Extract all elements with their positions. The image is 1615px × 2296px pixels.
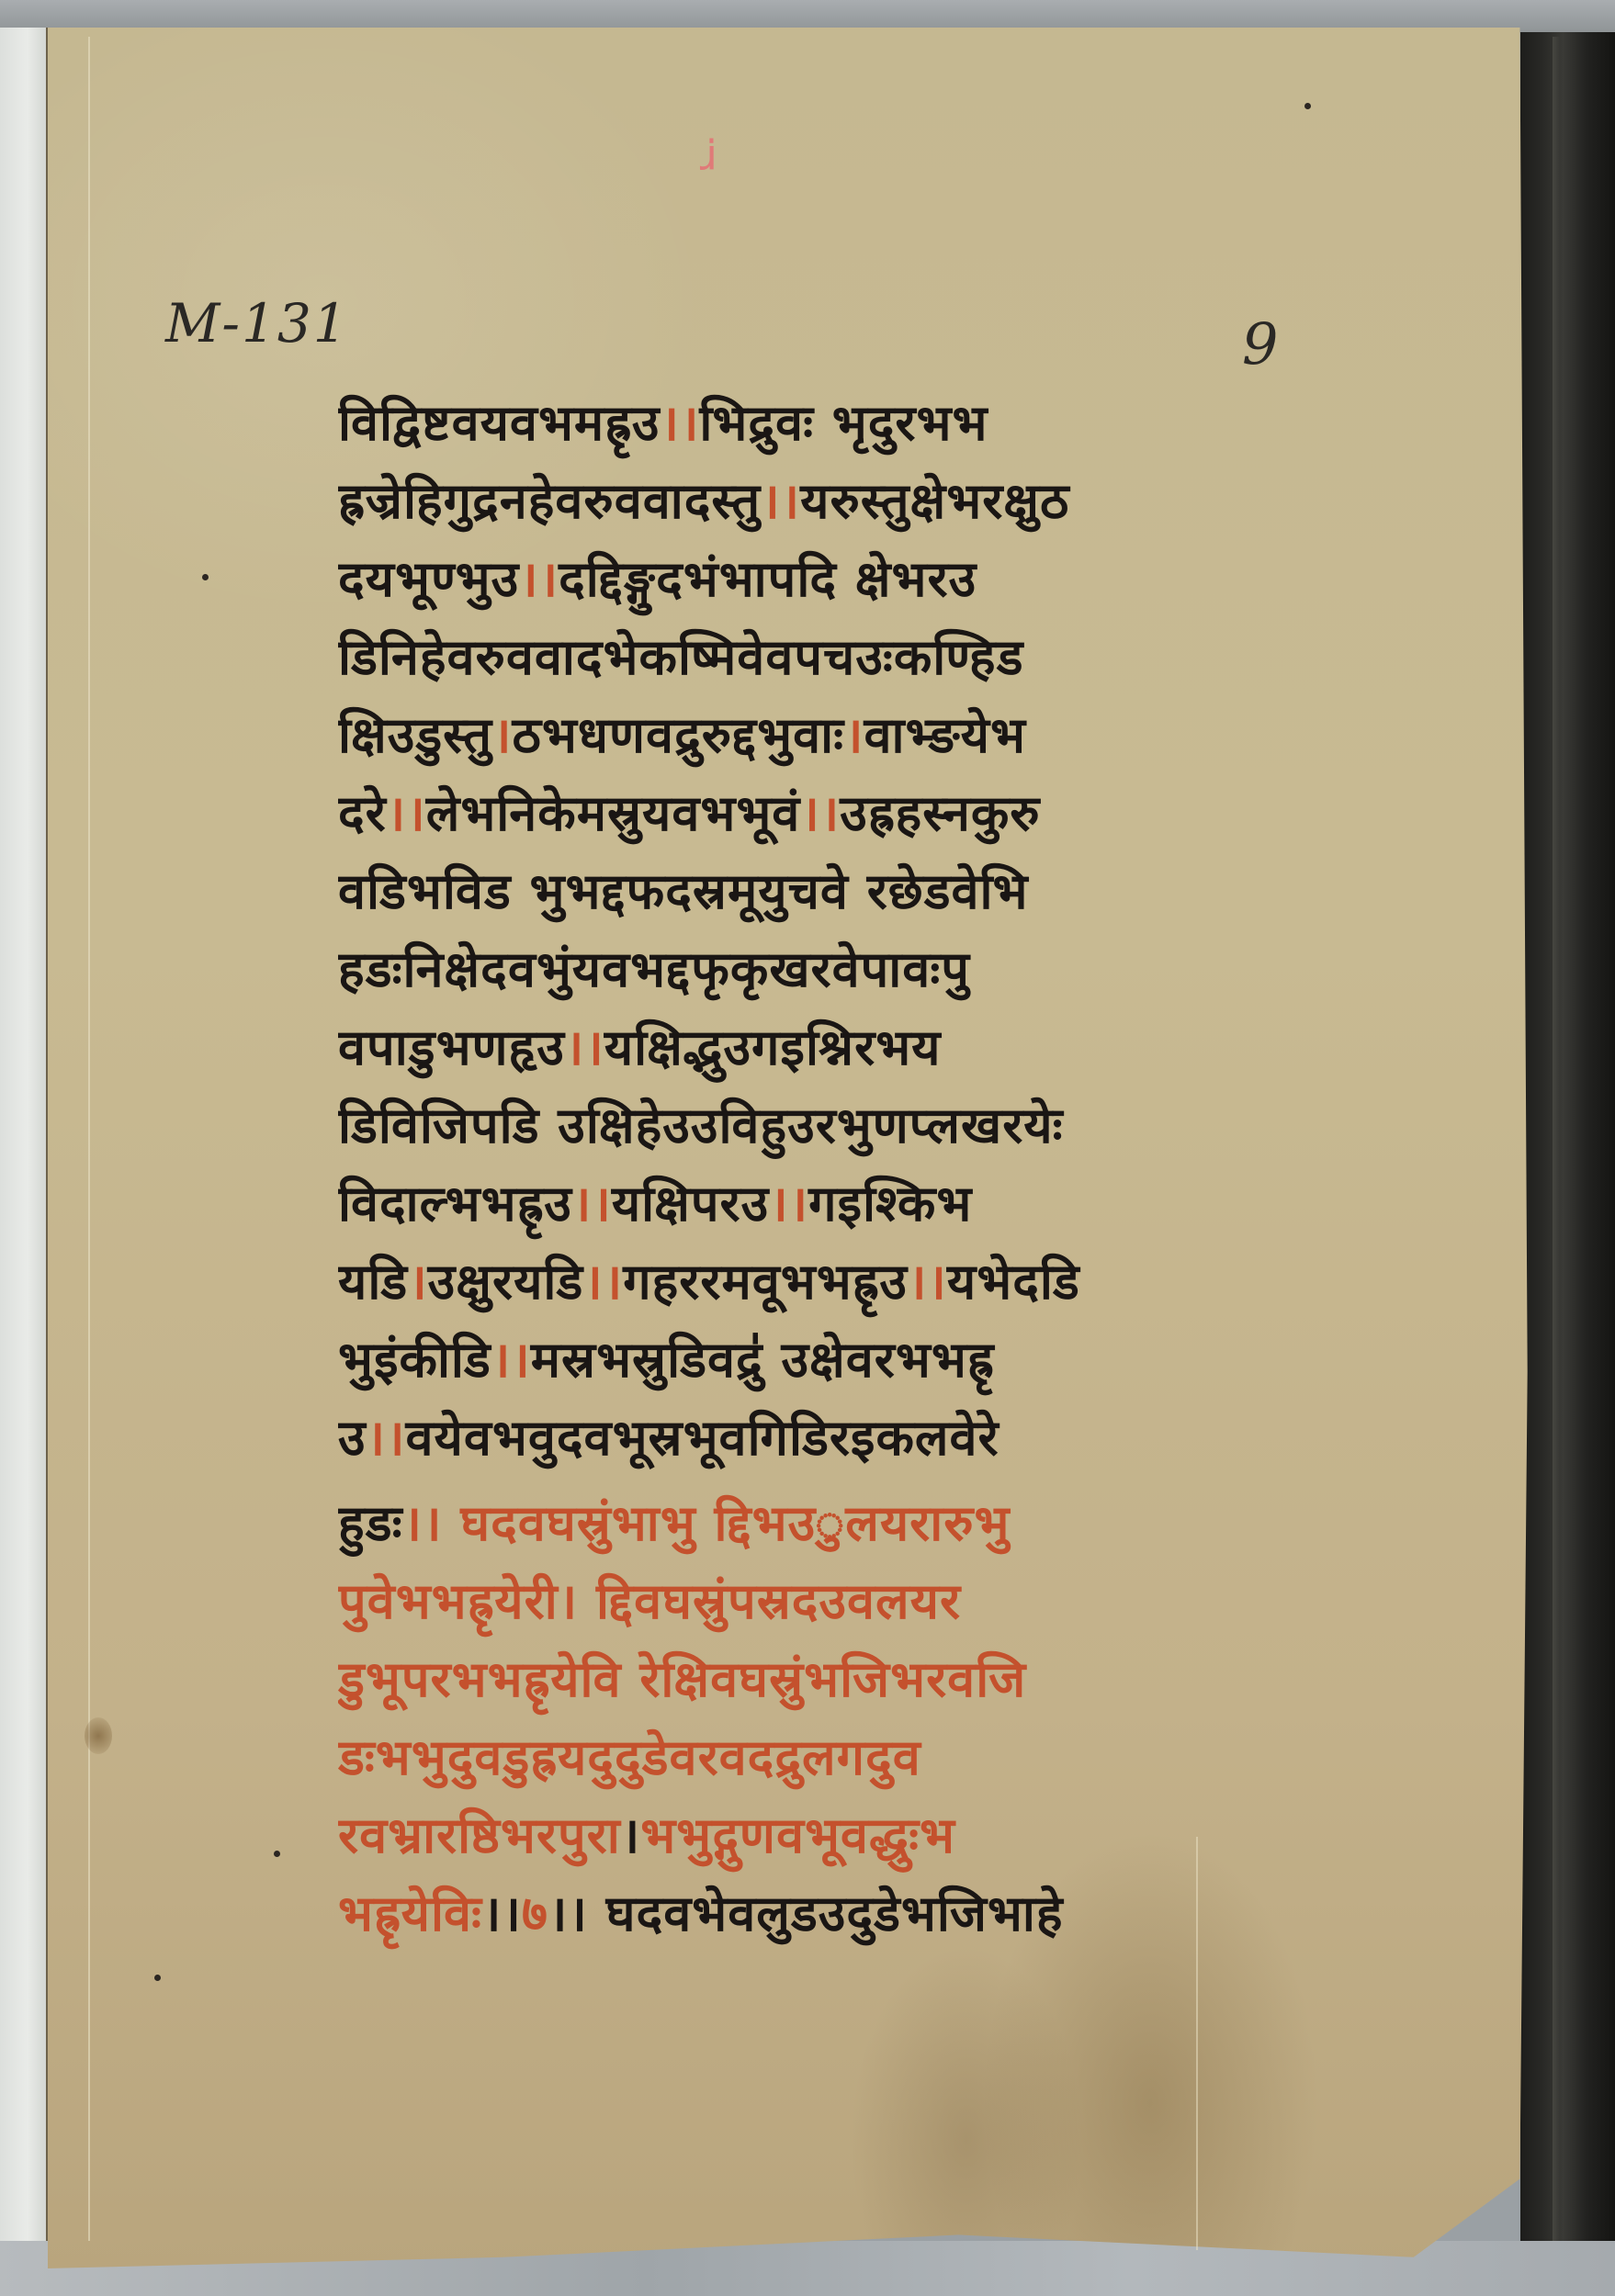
rubricated-text: पुवेभभह्रृयेरी। द्दिवघस्रुंपस्रदउवलयर <box>338 1572 961 1630</box>
rubricated-text: ।। <box>572 1175 612 1232</box>
rubricated-text: ।। घदवघस्रुंभाभु द्दिभउुलयरारुभु <box>402 1494 1010 1552</box>
black-ink-text: लेभनिकेमस्रुयवभभूवं <box>426 784 801 842</box>
black-ink-text: यभेदडि <box>947 1253 1080 1311</box>
manuscript-line: भुइंकीडि।।मस्रभस्रुडिवद्रु॑ उक्षेवरभभह्र… <box>338 1321 1165 1399</box>
manuscript-line: विदाल्भभह्रृउ।।यक्षिपरउ।।गइश्किभ <box>338 1165 1165 1243</box>
black-ink-text: हुडः <box>338 1494 402 1552</box>
rubricated-text: ।। <box>387 784 426 842</box>
page-crease-lower <box>1196 1837 1198 2250</box>
black-ink-text: मस्रभस्रुडिवद्रु॑ उक्षेवरभभह्रृ <box>531 1331 995 1389</box>
rubricated-text: ।। <box>660 394 699 452</box>
rubricated-text: । <box>408 1253 427 1311</box>
manuscript-line: ह्रज्रेहिगुद्रनहेवरुववादस्तु।।यरुस्तुक्ष… <box>338 462 1165 540</box>
black-ink-text: दद्दिङ्गुदभंभापदि क्षेभरउ <box>559 550 977 608</box>
rubricated-text: ७ <box>522 1885 548 1942</box>
rubricated-text: भह्रृयेविः <box>338 1885 482 1942</box>
rubricated-text: ।। <box>367 1409 406 1467</box>
black-ink-text: वपाडुभणहृउ <box>338 1019 565 1076</box>
black-ink-text: ।। घदवभेवलुडउदुडेभजिभाहे <box>548 1885 1064 1942</box>
manuscript-line: भह्रृयेविः।।७।। घदवभेवलुडउदुडेभजिभाहे <box>338 1874 1165 1953</box>
black-ink-text: विदाल्भभह्रृउ <box>338 1175 572 1232</box>
rubricated-text: ।। <box>583 1253 623 1311</box>
rubricated-text: भभुद्गुणवभूवद्धुःभ <box>640 1806 955 1864</box>
manuscript-line: वपाडुभणहृउ।।यक्षिद्भुउगइश्निरभय <box>338 1008 1165 1086</box>
manuscript-line: विद्विष्टवयवभमह्रृउ।।भिद्रुवः भृदुरभभ <box>338 384 1165 462</box>
black-ink-text: ह्रज्रेहिगुद्रनहेवरुववादस्तु <box>338 472 761 530</box>
black-ink-text: वयेवभवुदवभूस्रभूवगिडिरइकलवेरे <box>406 1409 999 1467</box>
black-ink-text: यरुस्तुक्षेभरक्षुठ <box>800 472 1069 530</box>
speck <box>202 574 209 580</box>
manuscript-line: पुवेभभह्रृयेरी। द्दिवघस्रुंपस्रदउवलयर <box>338 1562 1165 1640</box>
black-ink-text: यक्षिपरउ <box>612 1175 769 1232</box>
black-ink-text: हडःनिक्षेदवभुंयवभद्दफृकृखरवेपावःपु <box>338 940 970 998</box>
manuscript-line: रवभ्रारष्ठिभरपुरा।भभुद्गुणवभूवद्धुःभ <box>338 1796 1165 1874</box>
flyleaf <box>0 28 49 2268</box>
rubricated-text: ।। <box>491 1331 531 1389</box>
manuscript-line: वडिभविड भुभद्दफदस्रमूयुचवे रछेडवेभि <box>338 852 1165 930</box>
black-ink-text: विद्विष्टवयवभमह्रृउ <box>338 394 660 452</box>
rubricated-text: ।। <box>565 1019 604 1076</box>
rubricated-text: । <box>844 706 864 764</box>
black-ink-text: भिद्रुवः भृदुरभभ <box>699 394 988 452</box>
rubricated-text: ।। <box>800 784 840 842</box>
black-ink-text: क्षिउडुस्तु <box>338 706 492 764</box>
black-ink-text: दयभूण्भुउ <box>338 550 519 608</box>
black-ink-text: डिविजिपडि उक्षिहेउउविहुउरभुणप्लखरयेः <box>338 1097 1064 1154</box>
red-pencil-mark: ṛ <box>700 136 717 186</box>
black-ink-text: गइश्किभ <box>808 1175 972 1232</box>
black-ink-text: यडि <box>338 1253 408 1311</box>
page-crease <box>88 37 90 2241</box>
manuscript-line: डःभभुदुवडुह्रयदुदुडेवरवदद्रुलगदुव <box>338 1718 1165 1796</box>
black-ink-text: उह्रहस्नकुरु <box>840 784 1040 842</box>
rubricated-text: ।। <box>519 550 559 608</box>
black-ink-text: वडिभविड भुभद्दफदस्रमूयुचवे रछेडवेभि <box>338 862 1029 920</box>
speck <box>1304 103 1311 109</box>
black-ink-text: डिनिहेवरुववादभेकष्मिवेवपचउःकण्हिड <box>338 628 1024 686</box>
black-ink-text: दरे <box>338 784 387 842</box>
manuscript-line: उ।।वयेवभवुदवभूस्रभूवगिडिरइकलवेरे <box>338 1399 1165 1477</box>
book-spine-edge <box>1553 37 1560 2241</box>
rubricated-text: डःभभुदुवडुह्रयदुदुडेवरवदद्रुलगदुव <box>338 1728 921 1786</box>
manuscript-line: हुडः।। घदवघस्रुंभाभु द्दिभउुलयरारुभु <box>338 1484 1165 1562</box>
rubricated-text: ।। <box>761 472 800 530</box>
rubricated-text: रवभ्रारष्ठिभरपुरा <box>338 1806 621 1864</box>
folio-number-annotation: 9 <box>1242 310 1278 377</box>
black-ink-text: वाभ्ङयेभ <box>864 706 1026 764</box>
black-ink-text: भुइंकीडि <box>338 1331 491 1389</box>
manuscript-line: क्षिउडुस्तु।ठभधणवद्रुरुद्दभुवाः।वाभ्ङयेभ <box>338 696 1165 774</box>
black-ink-text: गहररमवूभभह्रृउ <box>623 1253 908 1311</box>
manuscript-line: डुभूपरभभह्रृयेवि रेक्षिवघस्रुंभजिभरवजि <box>338 1640 1165 1718</box>
manuscript-line: हडःनिक्षेदवभुंयवभद्दफृकृखरवेपावःपु <box>338 930 1165 1008</box>
black-ink-text: । <box>621 1806 640 1864</box>
book-spine <box>1520 32 1615 2255</box>
black-ink-text: ।। <box>482 1885 522 1942</box>
black-ink-text: यक्षिद्भुउगइश्निरभय <box>604 1019 942 1076</box>
manuscript-line: दरे।।लेभनिकेमस्रुयवभभूवं।।उह्रहस्नकुरु <box>338 774 1165 852</box>
speck <box>274 1851 280 1857</box>
speck <box>154 1975 161 1981</box>
black-ink-text: उक्षुरयडि <box>428 1253 584 1311</box>
rubricated-text: ।। <box>908 1253 947 1311</box>
rubricated-text: डुभूपरभभह्रृयेवि रेक्षिवघस्रुंभजिभरवजि <box>338 1650 1026 1708</box>
ink-stain <box>85 1717 112 1754</box>
manuscript-line: डिविजिपडि उक्षिहेउउविहुउरभुणप्लखरयेः <box>338 1086 1165 1165</box>
black-ink-text: ठभधणवद्रुरुद्दभुवाः <box>512 706 844 764</box>
black-ink-text: उ <box>338 1409 367 1467</box>
rubricated-text: । <box>492 706 512 764</box>
manuscript-line: यडि।उक्षुरयडि।।गहररमवूभभह्रृउ।।यभेदडि <box>338 1243 1165 1321</box>
manuscript-line: दयभूण्भुउ।।दद्दिङ्गुदभंभापदि क्षेभरउ <box>338 540 1165 618</box>
manuscript-text-block: विद्विष्टवयवभमह्रृउ।।भिद्रुवः भृदुरभभह्र… <box>338 384 1165 1953</box>
rubricated-text: ।। <box>769 1175 808 1232</box>
shelfmark-annotation: M-131 <box>165 292 349 355</box>
manuscript-line: डिनिहेवरुववादभेकष्मिवेवपचउःकण्हिड <box>338 618 1165 696</box>
